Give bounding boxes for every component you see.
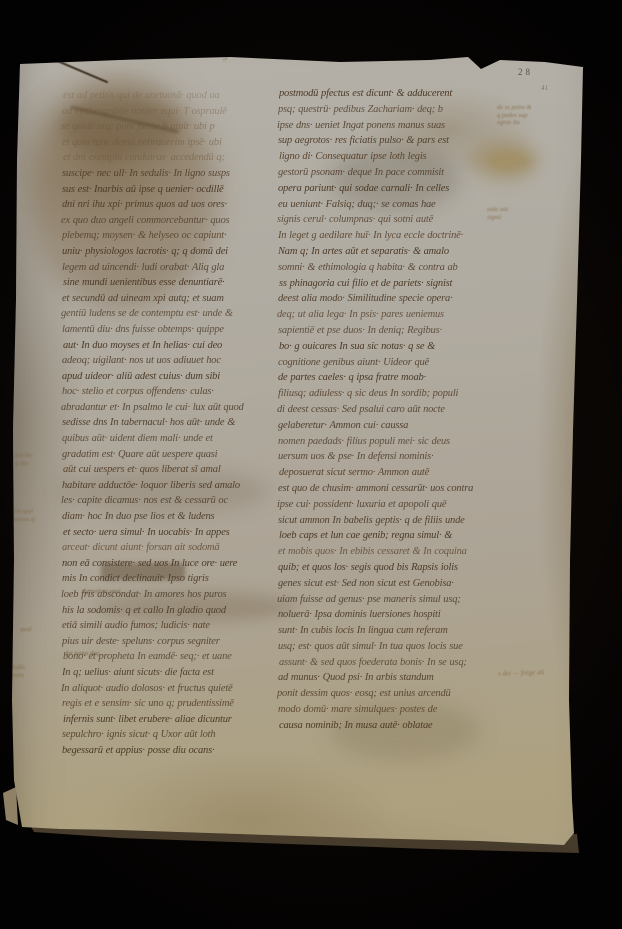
text-line: et quia tunc demū nebrauerim ipsē· ubi bbox=[62, 135, 255, 151]
text-line: quibus aūt· uident diem mali· unde et bbox=[62, 431, 255, 447]
text-line: de ss petro & bbox=[497, 104, 532, 112]
text-line: adeoq; uigilant· nos ut uos adiuuet hoc bbox=[62, 353, 255, 369]
text-line: assunt· & sed quos foederata bonis· In s… bbox=[279, 655, 506, 671]
manuscript-photo: ij 28 41 est ad petitis qui de unetuosā·… bbox=[0, 0, 622, 929]
text-line: sapientiē et pse duos· In deniq; Regibus… bbox=[278, 323, 506, 339]
text-line: se quidē atq; poni fuisse b uiuit· ubi p bbox=[61, 119, 255, 135]
text-line: filiusq; adiuless· q sic deus In sordib;… bbox=[278, 386, 506, 402]
text-line: deposuerat sicut sermo· Ammon autē bbox=[279, 465, 506, 481]
text-line: sedisse dns In tabernacul· hos aūt· unde… bbox=[62, 415, 255, 431]
text-line: et secto· uera simul· In uocabis· In app… bbox=[63, 525, 255, 541]
text-line: et mobis quos· In ebibis cessaret & In c… bbox=[278, 544, 506, 560]
text-line: ex quo duo angeli commorcebantur· quos bbox=[61, 213, 255, 229]
parchment-leaf: ij 28 41 est ad petitis qui de unetuosā·… bbox=[0, 0, 622, 929]
text-line: opera pariunt· qui sodae carnali· In cel… bbox=[278, 181, 506, 197]
text-line: et secundū ad uineam xpi autq; et suam bbox=[62, 291, 255, 307]
text-line: sus est· Inarbis aū ipse q uenier· ocdil… bbox=[62, 182, 255, 198]
text-line: loeb caps et lun cae genib; regna simul·… bbox=[279, 528, 506, 544]
text-line: de partes caeles· q ipsa fratre moab· bbox=[278, 370, 506, 386]
text-line: q pedes sup bbox=[497, 112, 532, 120]
text-line: signis cerul· columpnas· qui sotni autē bbox=[277, 212, 506, 228]
text-line: In leget g aedilare huī· In lyca eccle d… bbox=[278, 228, 506, 244]
text-line: ad epsi cognitōe notiter equi· T ospraul… bbox=[62, 104, 255, 120]
marginal-gloss: not hicq dns bbox=[15, 452, 33, 467]
text-line: arceat· dicunt aiunt· forsan ait sodomā bbox=[62, 540, 255, 556]
text-line: not hic bbox=[15, 452, 33, 460]
text-line: postmodū pfectus est dicunt· & adduceren… bbox=[279, 86, 506, 102]
text-line: psq; questrū· pedibus Zachariam· deq; b bbox=[278, 102, 506, 118]
text-line: habitare adductōe· loquor liberis sed am… bbox=[62, 478, 255, 494]
marginal-gloss: uide aūtsignū bbox=[487, 206, 508, 221]
text-line: lamentū diu· dns fuisse obtemps· quippe bbox=[62, 322, 255, 338]
text-line: sunt· In cubis locis In lingua cum refer… bbox=[278, 623, 506, 639]
text-line: nomen paedads· filius populi mei· sic de… bbox=[278, 434, 506, 450]
text-line: causa nominib; In musa autē· oblatae bbox=[279, 718, 506, 734]
text-line: egros ita bbox=[497, 119, 532, 127]
text-line: diam· hoc In duo pse lios et & ludens bbox=[62, 509, 255, 525]
text-line: est ad petitis qui de unetuosā· quod ua bbox=[63, 88, 255, 104]
interlinear-gloss: for iustus deq; bbox=[66, 651, 101, 659]
text-line: uide aūt bbox=[487, 206, 508, 214]
text-line: deest alia modo· Similitudine specie ope… bbox=[278, 291, 506, 307]
text-line: di deest cessas· Sed psalui caro aūt noc… bbox=[277, 402, 506, 418]
text-line: ponit dessim quos· eosq; est unius arcen… bbox=[277, 686, 506, 702]
text-line: est quo de chusim· ammoni cessarūt· uos … bbox=[278, 481, 506, 497]
text-line: plebemq; moysen· & helyseo oc capiunt· bbox=[62, 228, 255, 244]
text-line: quib; et quos los· segis quod bis Rapsis… bbox=[278, 560, 506, 576]
text-line: ipse dns· ueniet Ingat ponens manus suas bbox=[277, 118, 506, 134]
text-line: aūt cui uespers et· quos liberat sī amal bbox=[63, 462, 255, 478]
text-line: legem ad uincendi· ludi orabat· Aliq gla bbox=[62, 260, 255, 276]
text-line: somni· & ethimologia q habita· & contra … bbox=[278, 260, 506, 276]
text-line: pstis bbox=[12, 672, 25, 680]
text-line: deq; ut alia lega· In psis· pares ueniem… bbox=[277, 307, 506, 323]
text-line: uersum uos & pse· In defensi nominis· bbox=[278, 449, 506, 465]
text-line: non eā consistere· sed uos In luce ore· … bbox=[62, 556, 255, 572]
text-line: apud uideor· aliū adest cuius· dum sibi bbox=[62, 369, 255, 385]
text-line: begessarū et appius· posse diu ocans· bbox=[62, 743, 255, 759]
text-line: sine mundi uenientibus esse denuntiarē· bbox=[63, 275, 255, 291]
marginal-gloss: Iudispstis bbox=[12, 664, 25, 679]
text-line: gentiū ludens se de contemptu est· unde … bbox=[61, 306, 255, 322]
text-line: les· capite dicamus· nos est & cessarū o… bbox=[61, 493, 255, 509]
text-line: etiā simili audio fumos; ludicis· nate bbox=[62, 618, 255, 634]
text-line: abradantur et· In psalmo le cui· lux aūt… bbox=[61, 400, 255, 416]
text-line: his la sodomis· q et callo In gladio quo… bbox=[62, 603, 255, 619]
text-line: dni nri ihu xpi· primus quos ad uos ores… bbox=[62, 197, 255, 213]
text-line: mis In condict declinauit· Ipso tigris bbox=[62, 571, 255, 587]
text-line: infernis sunt· libet erubere· aliae dicu… bbox=[63, 712, 255, 728]
text-line: ipse cui· possident· luxuria et apopoli … bbox=[277, 497, 506, 513]
text-line: ss phinagoria cui filio et de pariets· s… bbox=[279, 276, 506, 292]
text-line: modo domū· mare simulques· postes de bbox=[278, 702, 506, 718]
text-line: Nam q; In artes aūt et separatis· & amal… bbox=[278, 244, 506, 260]
marginal-gloss: quid bbox=[20, 626, 32, 634]
text-line: usq; est· quos aūt simul· In tua quos lo… bbox=[278, 639, 506, 655]
folio-number: 28 bbox=[518, 67, 533, 77]
text-line: gradatim est· Quare aūt uespere quasi bbox=[62, 447, 255, 463]
marginal-gloss: de ss petro &q pedes supegros ita bbox=[497, 104, 532, 127]
text-line: aut· In duo moyses et In helias· cui deo bbox=[63, 338, 255, 354]
text-line: sepulchro· ignis sicut· q Uxor aūt loth bbox=[62, 727, 255, 743]
marginal-gloss: s dei — forge aū bbox=[498, 669, 544, 678]
text-line: gelaberetur· Ammon cui· caussa bbox=[278, 418, 506, 434]
text-column-right: postmodū pfectus est dicunt· & adduceren… bbox=[278, 86, 506, 734]
text-line: uncas q; bbox=[14, 516, 36, 524]
text-line: eu ueniunt· Falsiq; duq;· se comas hae bbox=[278, 197, 506, 213]
folio-number-secondary: 41 bbox=[541, 84, 548, 92]
text-line: bo· g ouicares In sua sic notas· q se & bbox=[279, 339, 506, 355]
text-line: sicut ammon In babelis geptis· q de fili… bbox=[278, 513, 506, 529]
text-line: signū bbox=[487, 214, 508, 222]
text-line: suscipe· nec ull· In sedulis· In ligno s… bbox=[62, 166, 255, 182]
marginal-gloss: lot speluncas q; bbox=[14, 508, 36, 523]
text-line: q dns bbox=[15, 460, 33, 468]
text-line: In q; uelius· aiunt sicuts· die facta es… bbox=[62, 665, 255, 681]
text-line: regis et e sensim· sic uno q; prudentiss… bbox=[62, 696, 255, 712]
text-line: pius uir deste· speluns· corpus segniter bbox=[62, 634, 255, 650]
text-line: In aliquot· audio dolosos· et fructus qu… bbox=[61, 681, 255, 697]
text-line: Iudis bbox=[12, 664, 25, 672]
text-line: uiam fuisse ad genus· pse maneris simul … bbox=[277, 592, 506, 608]
text-line: et dni exemplū conduiras· accedendū q; bbox=[63, 150, 255, 166]
text-line: ad munus· Quod psi· In arbis standum bbox=[278, 670, 506, 686]
text-line: ligno di· Consequatur ipse loth legis bbox=[279, 149, 506, 165]
interlinear-gloss: sig iustis q smul bbox=[82, 589, 121, 597]
text-line: hoc· stelio et corpus offendens· culas· bbox=[62, 384, 255, 400]
text-line: gestorū psonam· deque In pace commisit bbox=[278, 165, 506, 181]
text-line: uniu· physiologos lacrotis· q; q domū de… bbox=[62, 244, 255, 260]
text-line: sup aegrotos· res ficiatis pulso· & pars… bbox=[278, 133, 506, 149]
text-line: noluerā· Ipsa dominis luersiones hospiti bbox=[278, 607, 506, 623]
text-line: genes sicut est· Sed non sicut est Genob… bbox=[278, 576, 506, 592]
text-line: cognitione genibus aiunt· Uideor quē bbox=[278, 355, 506, 371]
text-line: lot spel bbox=[14, 508, 36, 516]
